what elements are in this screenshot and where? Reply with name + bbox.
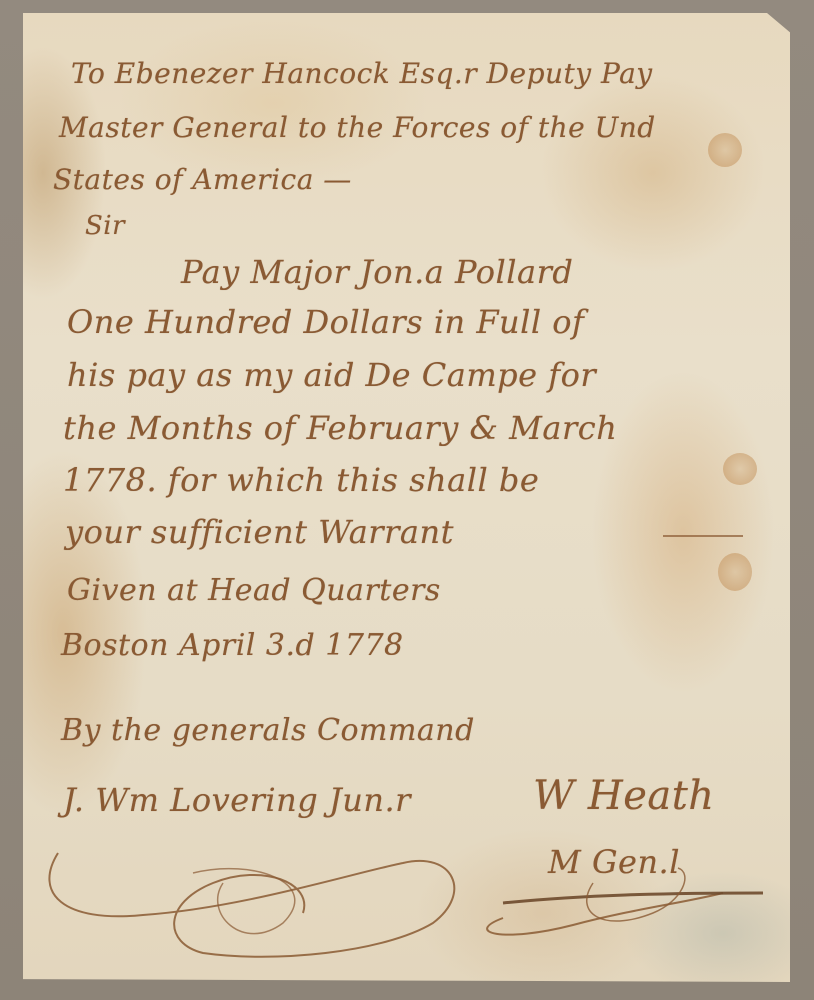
body-line-4: the Months of February & March — [63, 409, 617, 447]
body-line-1: Pay Major Jon.a Pollard — [181, 253, 573, 291]
body-line-2: One Hundred Dollars in Full of — [67, 303, 584, 341]
stain-spot — [723, 453, 757, 485]
stain-spot — [718, 553, 752, 591]
document-paper: To Ebenezer Hancock Esq.r Deputy Pay Mas… — [23, 13, 790, 982]
closing-dash — [663, 535, 743, 537]
address-line-1: To Ebenezer Hancock Esq.r Deputy Pay — [71, 57, 653, 90]
stain-spot — [708, 133, 742, 167]
address-line-3: States of America — — [53, 163, 352, 196]
attestation-line: By the generals Command — [61, 713, 475, 748]
signature-right-name: W Heath — [533, 773, 715, 819]
signature-flourish-right — [463, 863, 783, 943]
date-line: Boston April 3.d 1778 — [61, 628, 404, 663]
body-line-6: your sufficient Warrant — [65, 513, 454, 551]
body-line-3: his pay as my aid De Campe for — [67, 356, 596, 394]
signature-flourish-left — [23, 803, 483, 973]
salutation: Sir — [85, 211, 125, 241]
body-line-5: 1778. for which this shall be — [63, 461, 539, 499]
place-line: Given at Head Quarters — [67, 573, 441, 608]
address-line-2: Master General to the Forces of the Und — [59, 111, 656, 144]
